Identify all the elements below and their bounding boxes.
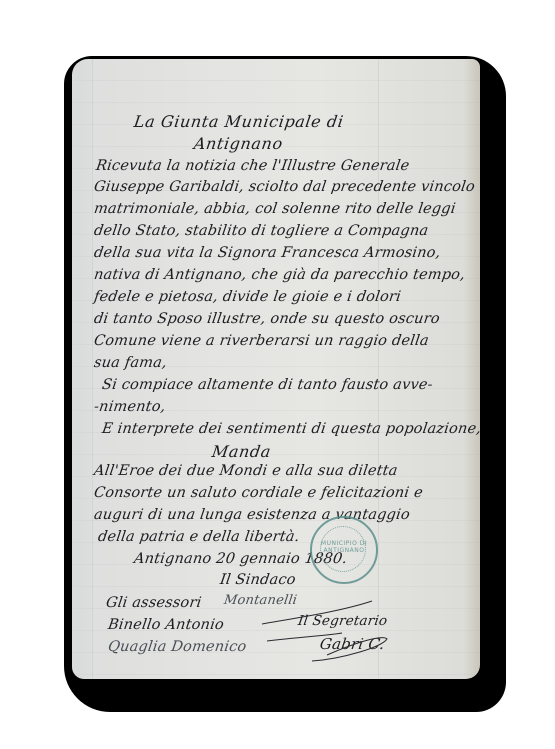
closing-line: auguri di una lunga esistenza a vantaggi… bbox=[93, 507, 411, 523]
manda-heading: Manda bbox=[211, 442, 273, 461]
body-line: sua fama, bbox=[93, 355, 168, 371]
body-line: Ricevuta la notizia che l'Illustre Gener… bbox=[95, 158, 411, 174]
assessors-label: Gli assessori bbox=[105, 595, 203, 611]
body-line: dello Stato, stabilito di togliere a Com… bbox=[93, 223, 430, 239]
body-line: matrimoniale, abbia, col solenne rito de… bbox=[93, 201, 457, 217]
municipal-seal-stamp: MUNICIPIO DI ANTIGNANO bbox=[310, 516, 378, 584]
seal-text: MUNICIPIO DI ANTIGNANO bbox=[312, 540, 376, 554]
right-margin-rule bbox=[378, 59, 379, 679]
signature-flourish-icon bbox=[222, 589, 392, 669]
body-line: E interprete dei sentimenti di questa po… bbox=[101, 421, 480, 437]
assessor-signature-1: Binello Antonio bbox=[107, 617, 225, 633]
closing-line: della patria e della libertà. bbox=[97, 529, 301, 545]
closing-line: All'Eroe dei due Mondi e alla sua dilett… bbox=[93, 463, 399, 479]
mayor-title: Il Sindaco bbox=[219, 572, 297, 588]
body-line: di tanto Sposo illustre, onde su questo … bbox=[93, 311, 441, 327]
body-line: Comune viene a riverberarsi un raggio de… bbox=[93, 333, 430, 349]
body-line: fedele e pietosa, divide le gioie e i do… bbox=[93, 289, 402, 305]
letter-heading: La Giunta Municipale di bbox=[133, 112, 345, 131]
closing-line: Consorte un saluto cordiale e felicitazi… bbox=[93, 485, 424, 501]
letter-heading-place: Antignano bbox=[193, 134, 285, 153]
body-line: nativa di Antignano, che già da parecchi… bbox=[93, 267, 466, 283]
body-line: della sua vita la Signora Francesca Armo… bbox=[93, 245, 442, 261]
body-line: Giuseppe Garibaldi, sciolto dal preceden… bbox=[93, 179, 476, 195]
letter-page: La Giunta Municipale di Antignano Ricevu… bbox=[72, 59, 480, 679]
body-line: Si compiace altamente di tanto fausto av… bbox=[101, 377, 434, 393]
body-line: -nimento, bbox=[93, 399, 167, 415]
